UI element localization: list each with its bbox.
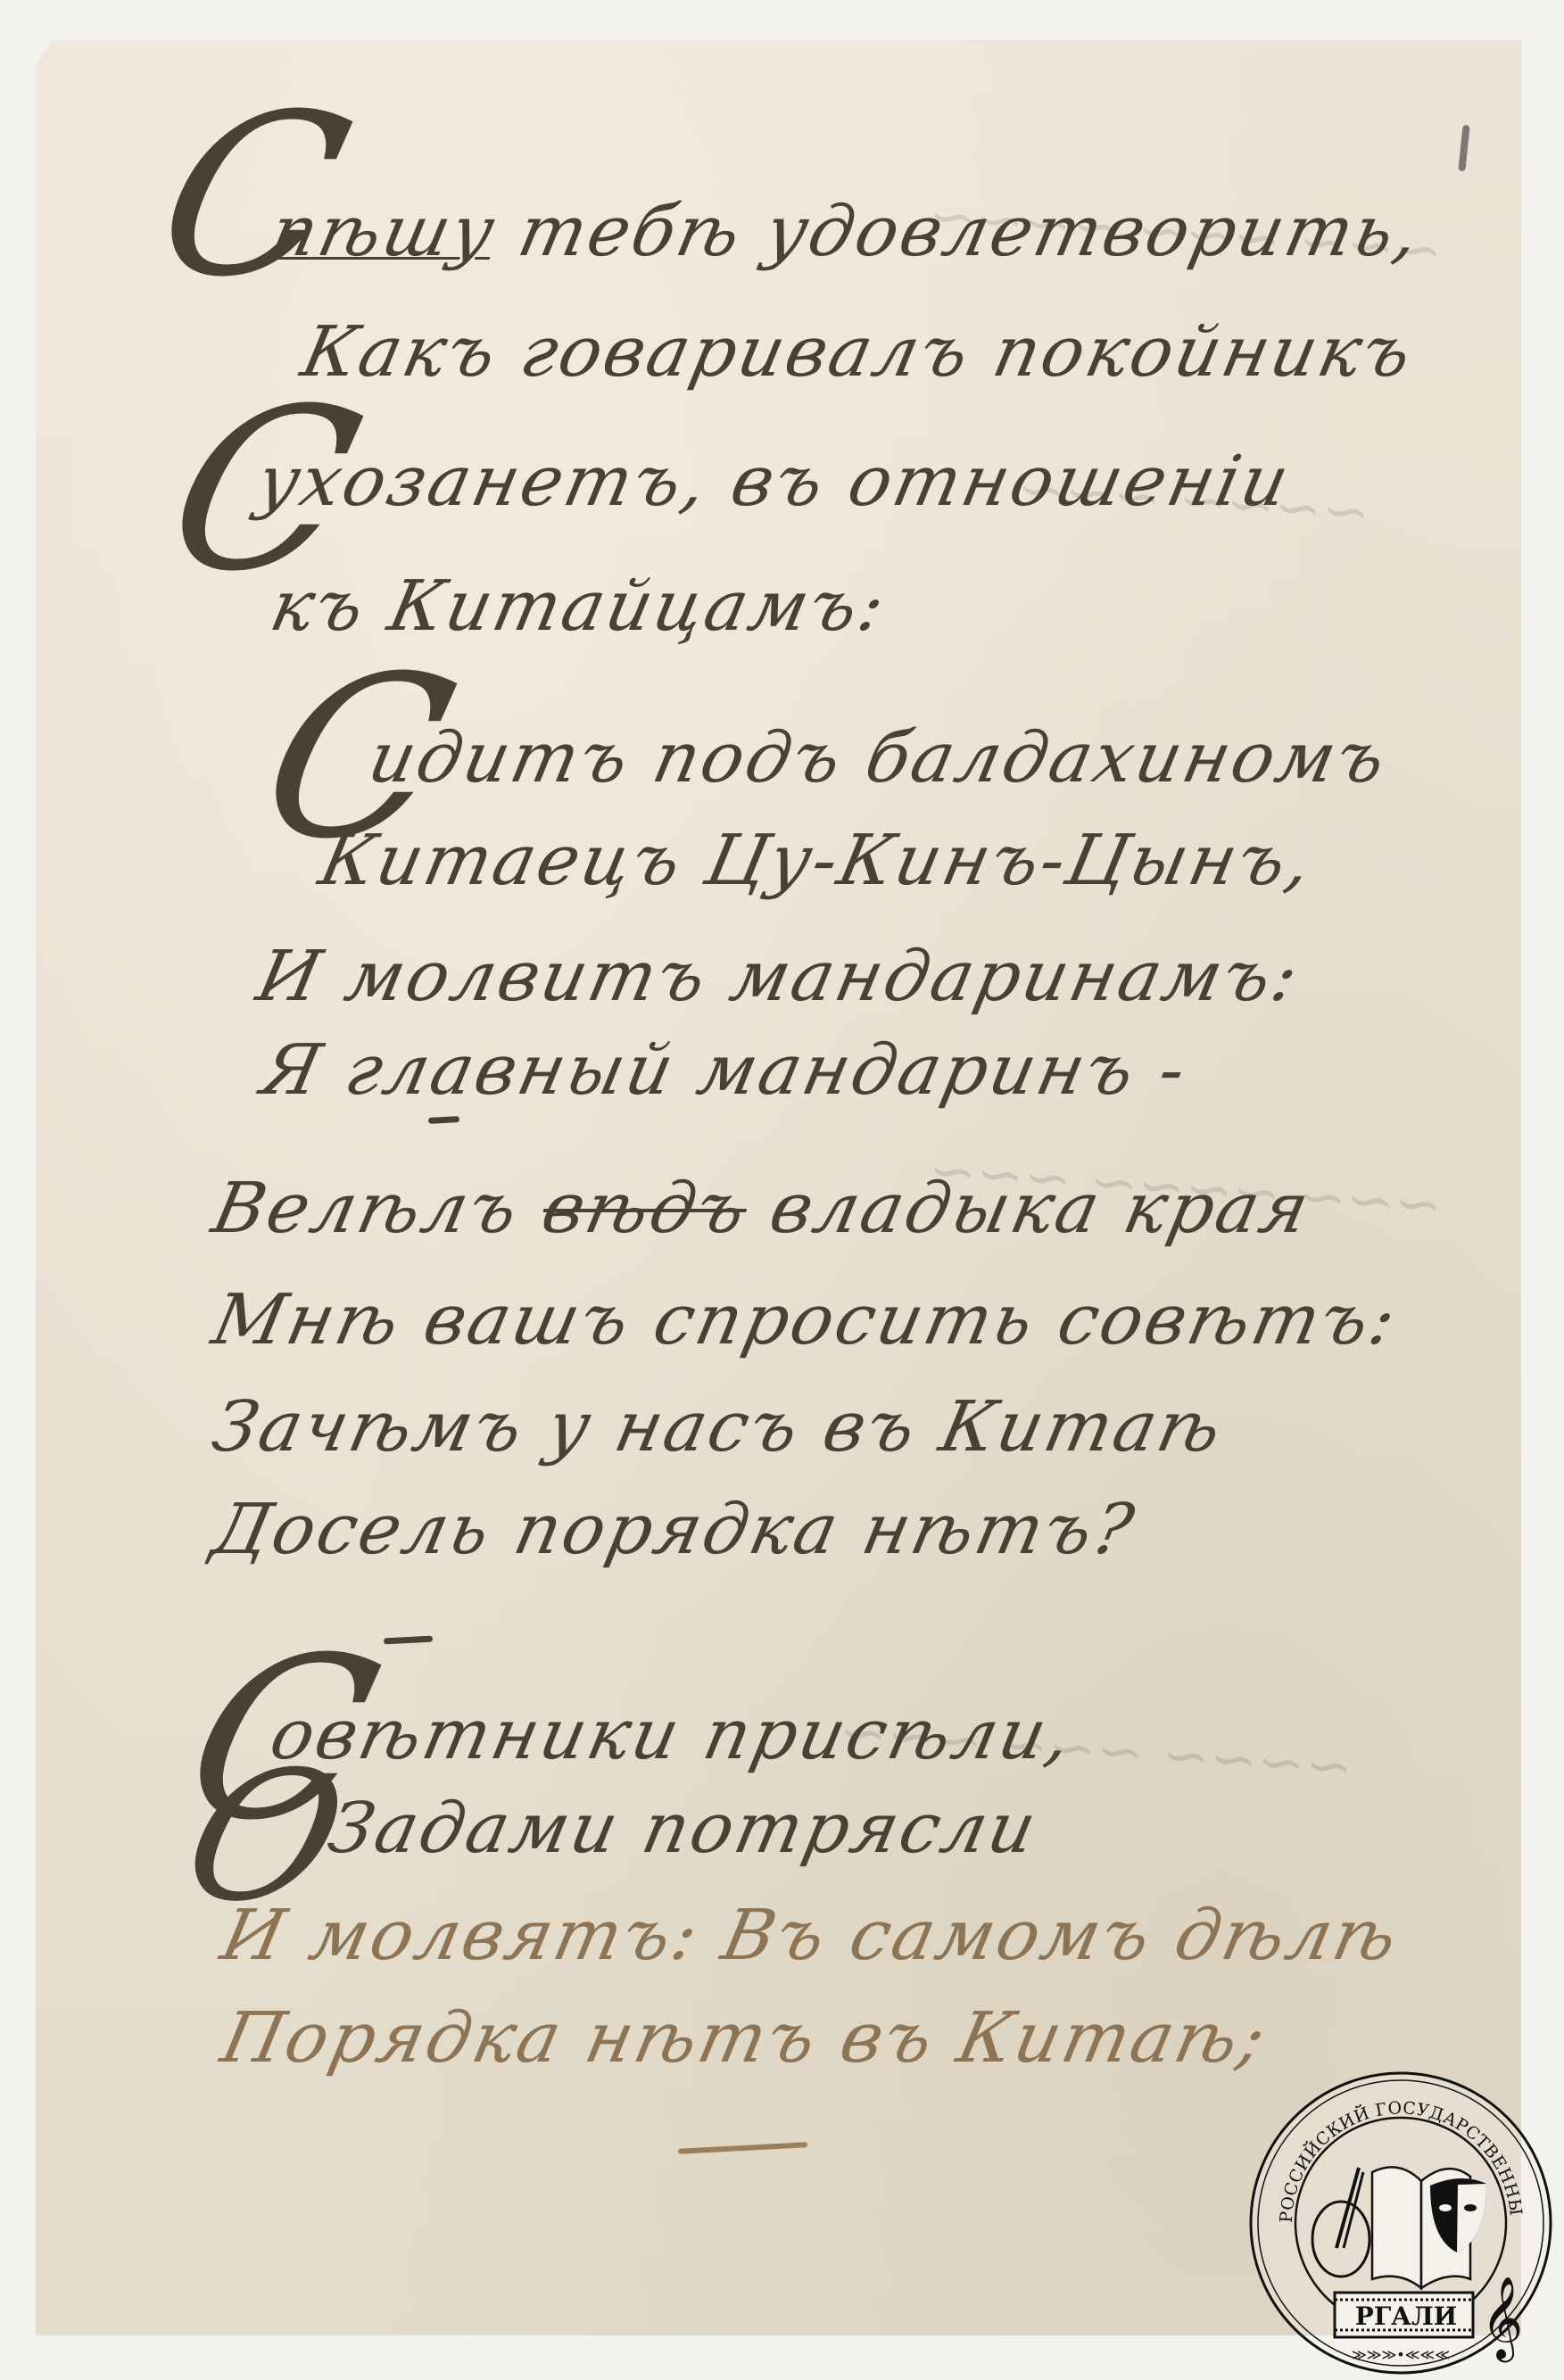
- svg-text:𝄞: 𝄞: [1481, 2276, 1523, 2362]
- film-reel-icon: РГАЛИ: [1335, 2293, 1473, 2337]
- manuscript-line-7: И молвитъ мандаринамъ:: [250, 937, 1307, 1017]
- manuscript-line-5: идитъ подъ балдахиномъ: [361, 718, 1394, 798]
- manuscript-line-9: Велѣлъ вѣдъ владыка края: [205, 1169, 1318, 1249]
- manuscript-line-8: Я главный мандаринъ -: [254, 1030, 1195, 1111]
- manuscript-scan: ~~~ ~~~ ~~~~ ~~~~ ~~~ ~~~ ~~~~ ~~~ ~~~~ …: [0, 0, 1564, 2380]
- treble-clef-icon: 𝄞: [1481, 2276, 1523, 2362]
- manuscript-line-2: Какъ говаривалъ покойникъ: [294, 312, 1420, 393]
- manuscript-line-11: Зачѣмъ у насъ въ Китаѣ: [205, 1387, 1230, 1467]
- manuscript-line-12: Досель порядка нѣтъ?: [205, 1490, 1142, 1570]
- page-number-mark: [1458, 125, 1469, 172]
- archive-stamp: РОССИЙСКИЙ ГОСУДАРСТВЕННЫЙ АРХИВ ЛИТЕРАТ…: [1247, 2070, 1555, 2377]
- manuscript-line-3: ухозанетъ, въ отношеніи: [250, 442, 1298, 522]
- svg-text:≫≫≫•≪≪≪: ≫≫≫•≪≪≪: [1352, 2346, 1450, 2363]
- manuscript-line-13: овѣтники присѣли,: [263, 1695, 1080, 1775]
- manuscript-line-14: Задами потрясли: [321, 1789, 1045, 1869]
- separator-dash: [678, 2142, 807, 2154]
- manuscript-line-15: И молвятъ: Въ самомъ дѣлѣ: [214, 1896, 1406, 1976]
- struck-word: вѣдъ: [535, 1169, 756, 1249]
- laurel-icon: ≫≫≫•≪≪≪: [1352, 2346, 1450, 2363]
- manuscript-line-1: пѣшу тебѣ удовлетворить,: [263, 192, 1428, 272]
- separator-dash: [428, 1116, 459, 1124]
- manuscript-line-6: Китаецъ Цу-Кинъ-Цынъ,: [312, 821, 1320, 901]
- manuscript-line-16: Порядка нѣтъ въ Китаѣ;: [214, 1998, 1274, 2078]
- manuscript-line-10: Мнѣ вашъ спросить совѣтъ:: [205, 1280, 1405, 1360]
- stamp-center-label: РГАЛИ: [1355, 2301, 1457, 2331]
- paper-sheet: ~~~ ~~~ ~~~~ ~~~~ ~~~ ~~~ ~~~~ ~~~ ~~~~ …: [36, 40, 1521, 2335]
